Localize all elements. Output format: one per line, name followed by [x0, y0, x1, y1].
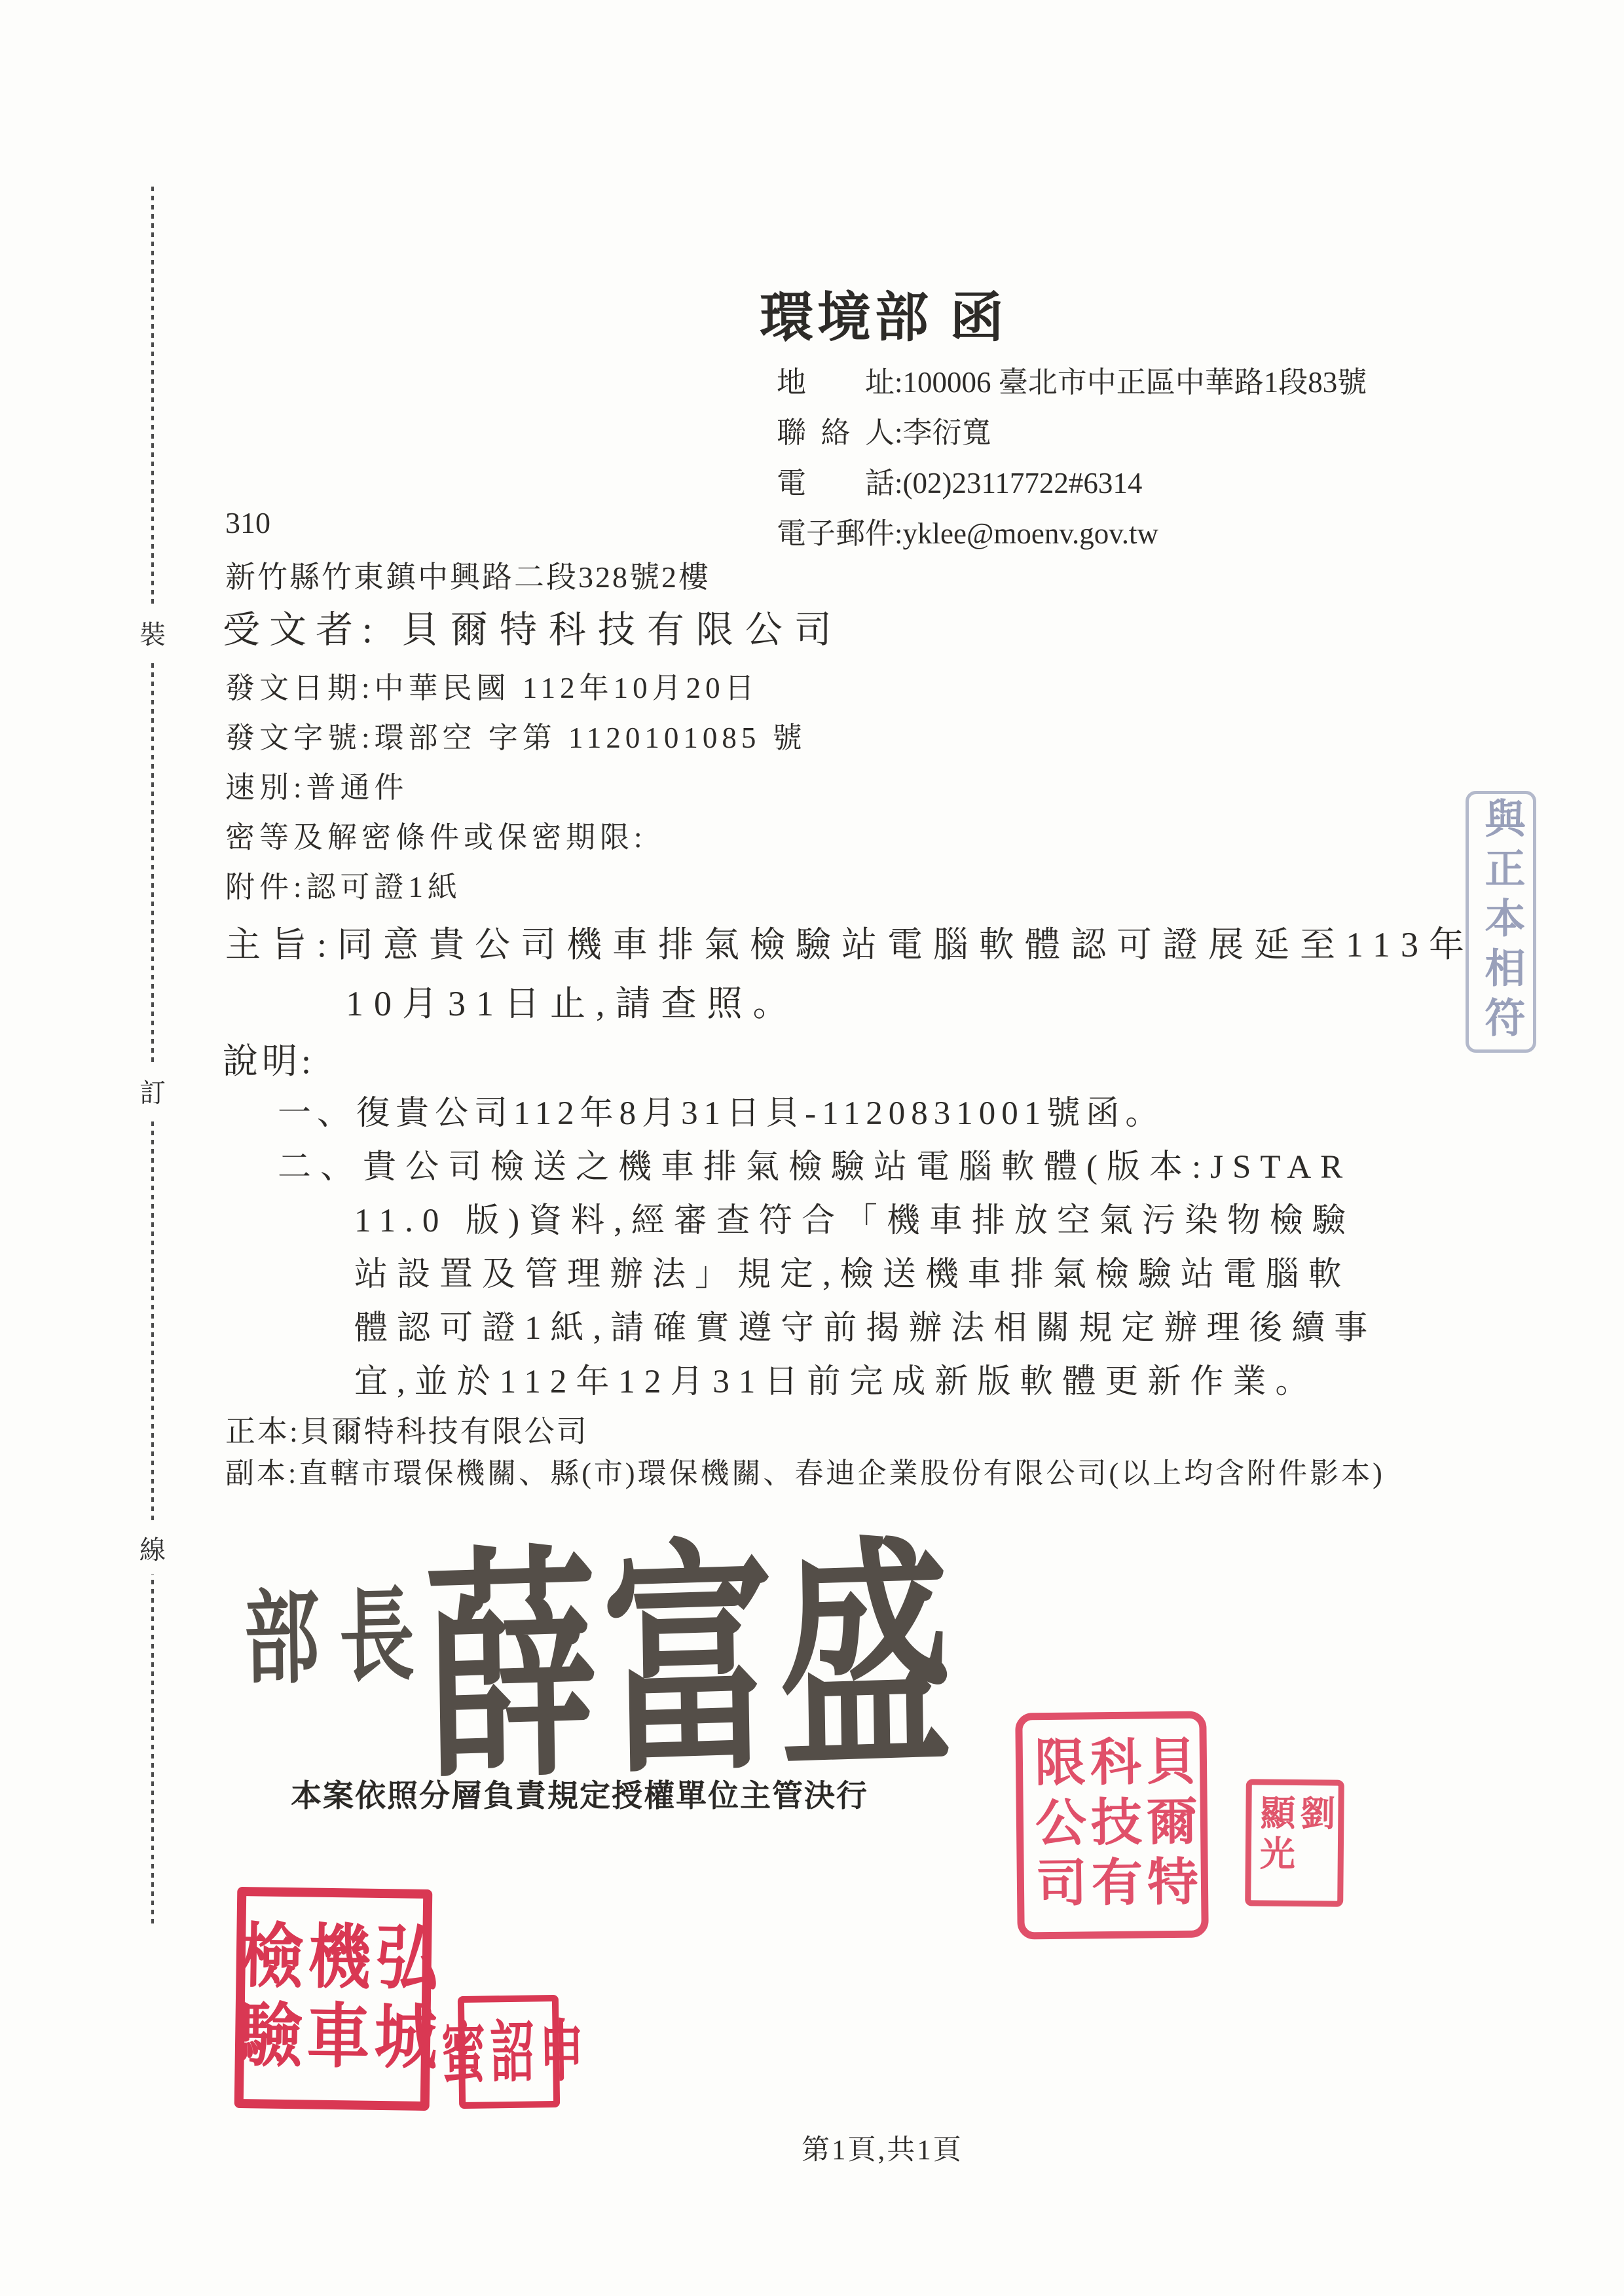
seal-script-large-col-2: 機車 [301, 1919, 365, 2078]
confidentiality-line: 密等及解密條件或保密期限: [225, 813, 647, 856]
recipient-line: 受文者:貝爾特科技有限公司 [223, 600, 843, 653]
contact-label: 聯 絡 人 [777, 408, 895, 458]
contact-sep: : [895, 416, 903, 449]
page-number-footer: 第1頁,共1頁 [802, 2128, 963, 2168]
seal-script-stamp-large: 弘城 機車 檢驗 [234, 1887, 433, 2111]
explanation-heading: 說明: [223, 1033, 315, 1084]
issue-date-line: 發文日期:中華民國 112年10月20日 [225, 664, 759, 706]
phone-label: 電 話 [777, 458, 895, 509]
explanation-item-2-line-2: 11.0 版)資料,經審查符合「機車排放空氣污染物檢驗 [354, 1193, 1355, 1241]
binding-mark-ding: 訂 [133, 1065, 172, 1118]
subject-line-2: 10月31日止,請查照。 [346, 975, 799, 1026]
phone-value: (02)23117722#6314 [903, 467, 1143, 500]
recipient-label: 受文者: [223, 610, 382, 651]
seal-script-small-col-2: 詔 [486, 2016, 532, 2088]
company-seal-stamp: 貝爾特 科技有 限公司 [1015, 1711, 1209, 1939]
cc-copy-line: 副本:直轄市環保機關、縣(市)環保機關、春迪企業股份有限公司(以上均含附件影本) [225, 1449, 1385, 1491]
minister-title-calligraphy: 部長 [244, 1585, 435, 1691]
seal-script-large-col-3: 檢驗 [233, 1918, 298, 2077]
document-number-line: 發文字號:環部空 字第 1120101085 號 [225, 714, 807, 756]
certified-true-copy-stamp: 與正本相符 [1466, 791, 1536, 1053]
company-seal-text: 貝爾特 科技有 限公司 [1025, 1734, 1199, 1917]
recipient-street-address: 新竹縣竹東鎮中興路二段328號2樓 [225, 553, 710, 596]
seal-script-stamp-small: 申 詔 蜜 [458, 1995, 560, 2109]
explanation-item-2-line-3: 站設置及管理辦法」規定,檢送機車排氣檢驗站電腦軟 [354, 1247, 1351, 1295]
seal-script-small-col-1: 申 [535, 2015, 581, 2086]
attachment-line: 附件:認可證1紙 [225, 863, 462, 905]
priority-line: 速別:普通件 [225, 763, 409, 806]
email-label: 電子郵件 [777, 509, 895, 559]
company-seal-col-2: 科技有 [1086, 1735, 1139, 1916]
seal-script-large-text: 弘城 機車 檢驗 [229, 1918, 437, 2079]
address-sep: : [895, 366, 903, 399]
binding-mark-zhuang: 裝 [133, 606, 172, 659]
contact-person-row: 聯 絡 人:李衍寬 [777, 408, 1367, 458]
name-seal-col-1: 劉 [1297, 1795, 1333, 1876]
seal-script-small-text: 申 詔 蜜 [432, 2015, 585, 2088]
name-seal-col-2: 顯光 [1257, 1795, 1293, 1876]
authorization-note: 本案依照分層負責規定授權單位主管決行 [291, 1772, 868, 1815]
explanation-item-2-line-4: 體認可證1紙,請確實遵守前揭辦法相關規定辦理後續事 [354, 1300, 1376, 1349]
minister-signature-calligraphy: 薛富盛 [424, 1536, 958, 1795]
company-seal-col-3: 限公司 [1030, 1735, 1083, 1916]
phone-sep: : [895, 467, 903, 500]
personal-name-seal-text: 劉 顯光 [1252, 1794, 1337, 1876]
document-title: 環境部 函 [760, 275, 1008, 352]
subject-line-1: 主旨:同意貴公司機車排氣檢驗站電腦軟體認可證展延至113年 [225, 917, 1475, 967]
certified-true-copy-text: 與正本相符 [1481, 797, 1521, 1046]
address-value: 100006 臺北市中正區中華路1段83號 [903, 366, 1367, 399]
explanation-item-1: 一、復貴公司112年8月31日貝-1120831001號函。 [278, 1085, 1164, 1134]
binding-dotted-line [151, 187, 154, 1928]
agency-address-row: 地 址:100006 臺北市中正區中華路1段83號 [777, 357, 1367, 408]
email-row: 電子郵件:yklee@moenv.gov.tw [777, 509, 1367, 559]
seal-script-large-col-1: 弘城 [368, 1920, 433, 2079]
original-copy-line: 正本:貝爾特科技有限公司 [225, 1408, 589, 1451]
phone-row: 電 話:(02)23117722#6314 [777, 458, 1367, 509]
explanation-item-2-line-5: 宜,並於112年12月31日前完成新版軟體更新作業。 [354, 1354, 1318, 1402]
contact-value: 李衍寬 [903, 416, 991, 449]
email-sep: : [895, 517, 903, 550]
seal-script-small-col-3: 蜜 [437, 2017, 483, 2088]
company-seal-col-1: 貝爾特 [1141, 1734, 1194, 1916]
explanation-item-2-line-1: 二、貴公司檢送之機車排氣檢驗站電腦軟體(版本:JSTAR [278, 1139, 1352, 1188]
scanned-letter-page: 裝 訂 線 環境部 函 地 址:100006 臺北市中正區中華路1段83號 聯 … [0, 0, 1624, 2296]
recipient-zipcode: 310 [225, 505, 270, 540]
binding-mark-xian: 線 [133, 1522, 172, 1575]
personal-name-seal-stamp: 劉 顯光 [1245, 1779, 1344, 1906]
recipient-company-name: 貝爾特科技有限公司 [401, 610, 843, 651]
address-label: 地 址 [777, 357, 895, 408]
email-value: yklee@moenv.gov.tw [903, 517, 1159, 550]
agency-contact-block: 地 址:100006 臺北市中正區中華路1段83號 聯 絡 人:李衍寬 電 話:… [777, 357, 1367, 559]
